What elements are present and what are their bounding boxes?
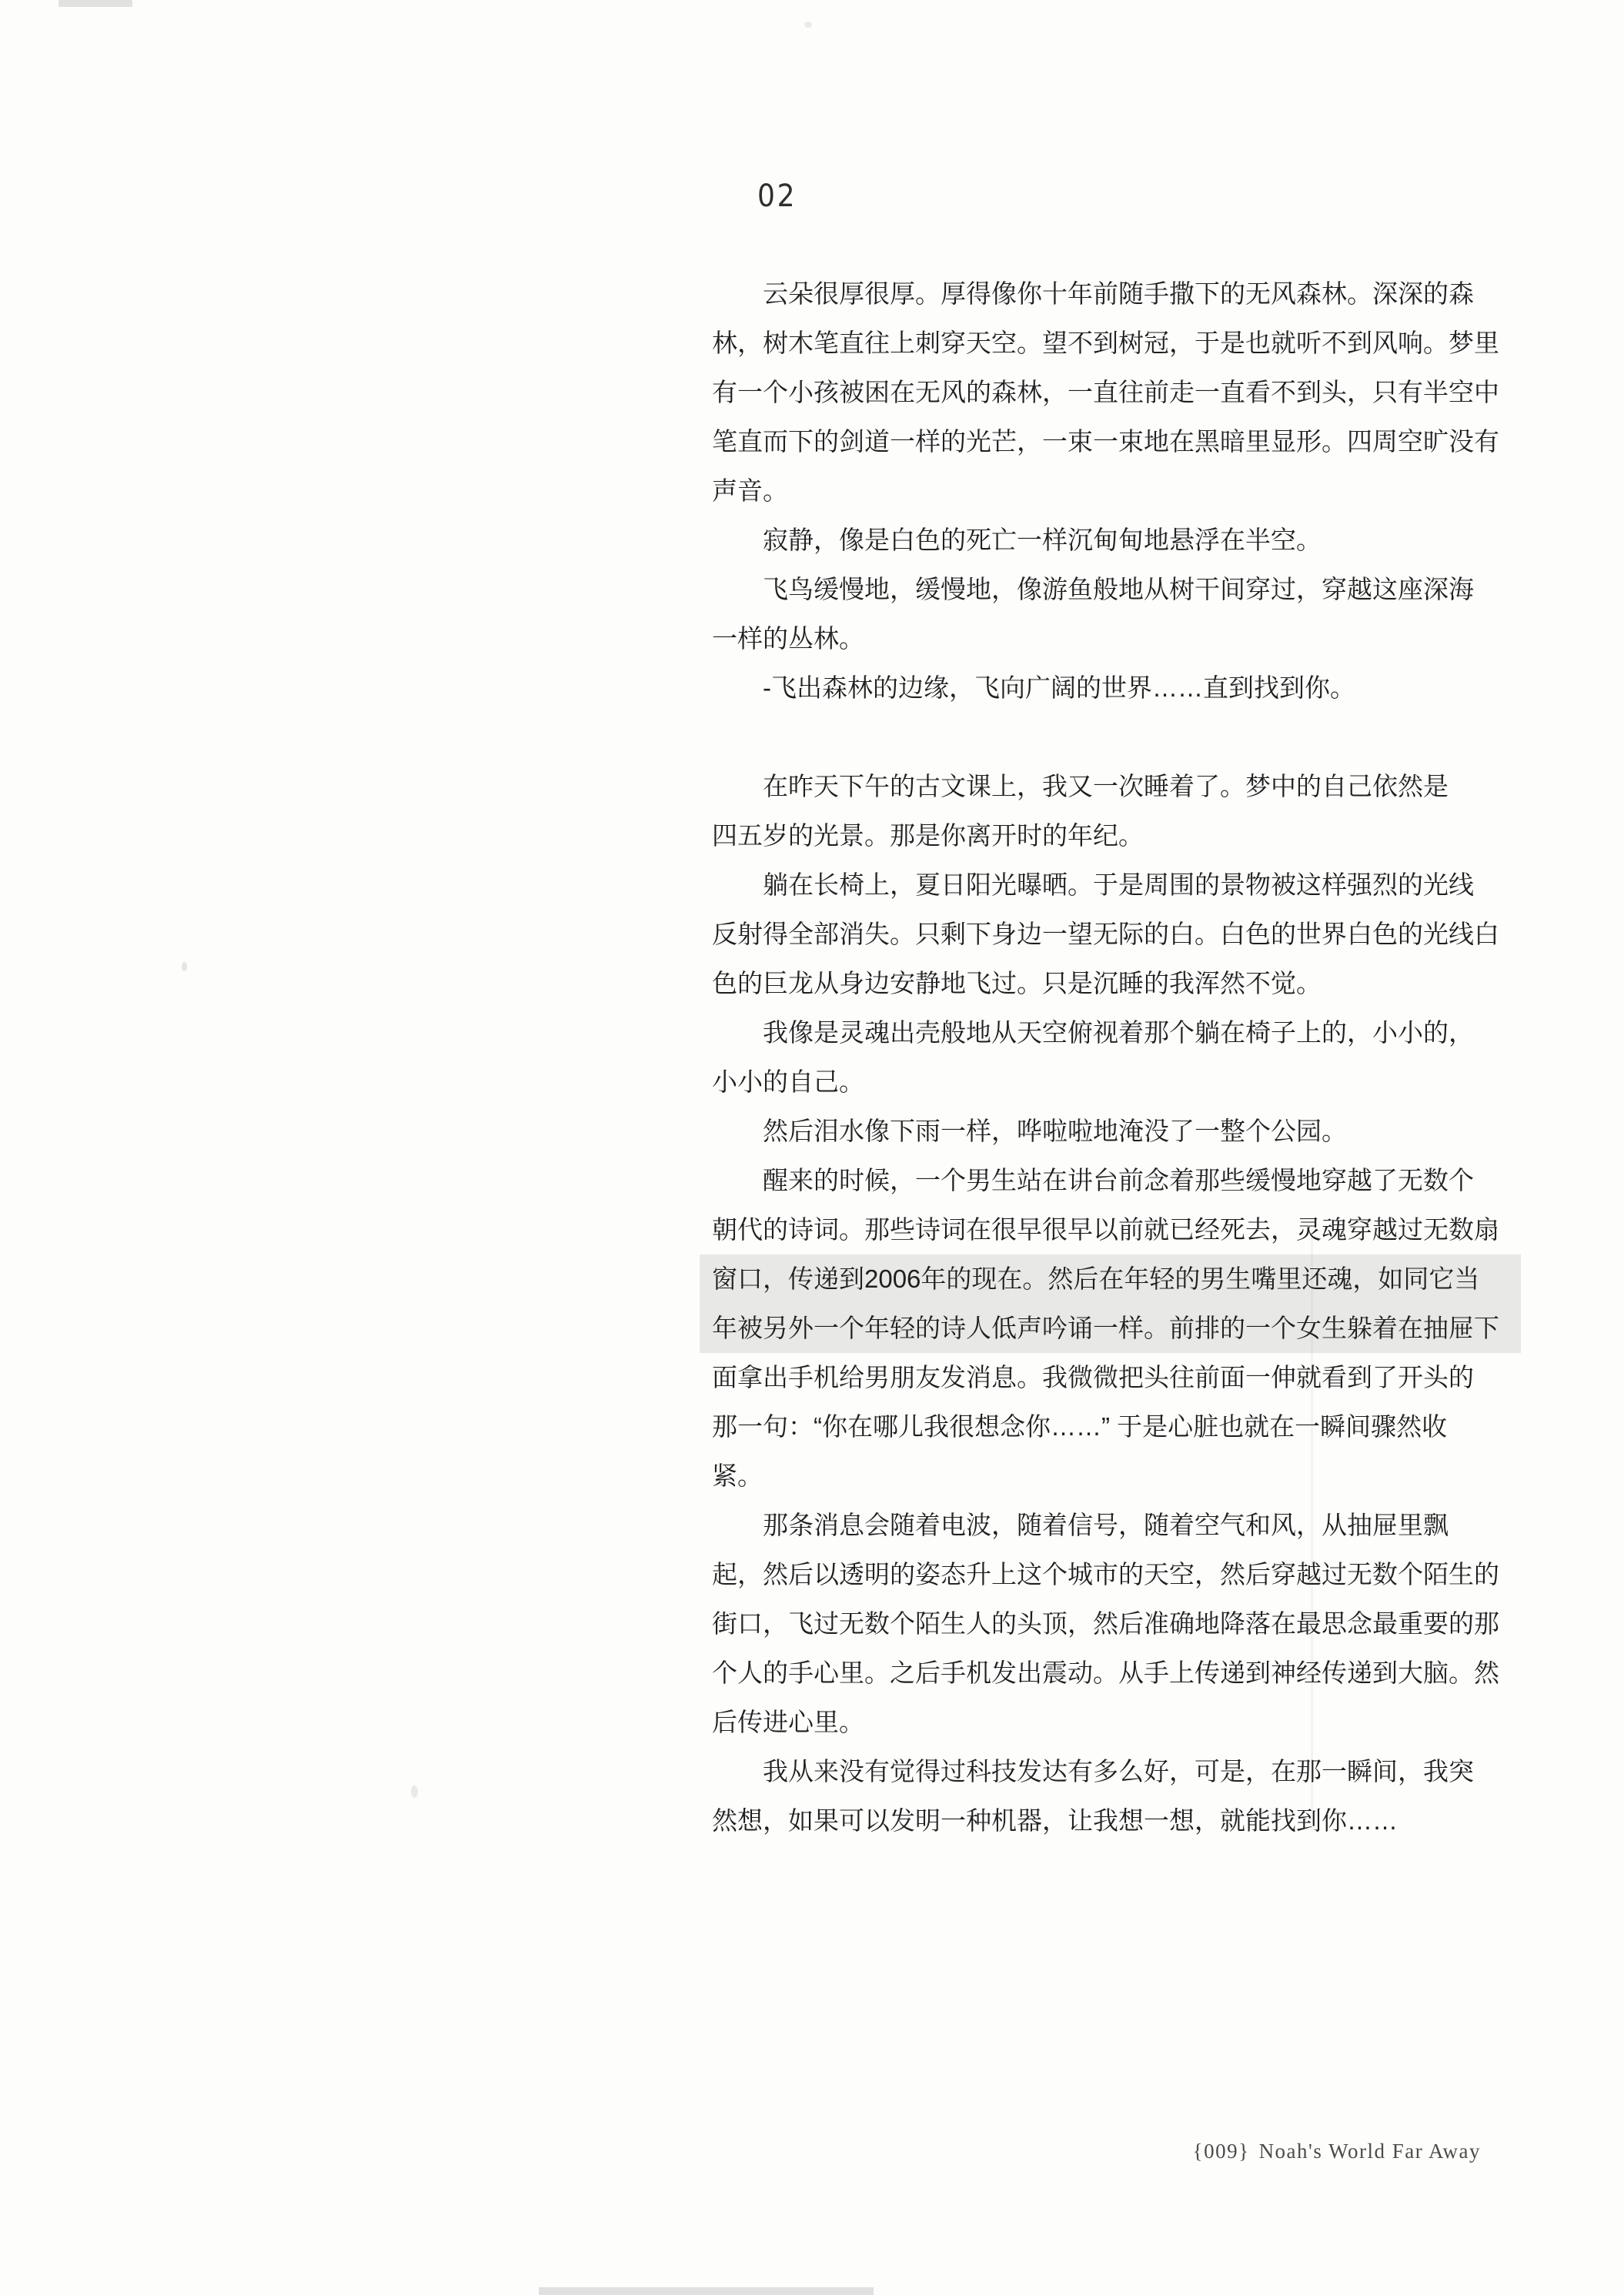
text-line: 云朵很厚很厚。厚得像你十年前随手撒下的无风森林。深深的森 bbox=[712, 269, 1516, 319]
text-line: 醒来的时候，一个男生站在讲台前念着那些缓慢地穿越了无数个 bbox=[712, 1156, 1516, 1205]
text-line: 飞鸟缓慢地，缓慢地，像游鱼般地从树干间穿过，穿越这座深海 bbox=[712, 565, 1516, 614]
text-line: 躺在长椅上，夏日阳光曝晒。于是周围的景物被这样强烈的光线 bbox=[712, 860, 1516, 910]
text-line: 反射得全部消失。只剩下身边一望无际的白。白色的世界白色的光线白 bbox=[712, 910, 1516, 959]
text-line: 四五岁的光景。那是你离开时的年纪。 bbox=[712, 811, 1516, 860]
text-line: 朝代的诗词。那些诗词在很早很早以前就已经死去，灵魂穿越过无数扇 bbox=[712, 1205, 1516, 1254]
footer: {009}Noah's World Far Away bbox=[1155, 2140, 1481, 2163]
text-line: 我从来没有觉得过科技发达有多么好，可是，在那一瞬间，我突 bbox=[712, 1747, 1516, 1796]
scan-artifact bbox=[539, 2287, 874, 2295]
text-line: 笔直而下的剑道一样的光芒，一束一束地在黑暗里显形。四周空旷没有 bbox=[712, 417, 1516, 466]
text-line: 紧。 bbox=[712, 1451, 1516, 1501]
text-line: 年被另外一个年轻的诗人低声吟诵一样。前排的一个女生躲着在抽屉下 bbox=[700, 1304, 1521, 1353]
text-line: 在昨天下午的古文课上，我又一次睡着了。梦中的自己依然是 bbox=[712, 762, 1516, 811]
text-line: 然想，如果可以发明一种机器，让我想一想，就能找到你…… bbox=[712, 1796, 1516, 1846]
scan-artifact bbox=[182, 962, 187, 971]
scan-artifact bbox=[804, 22, 812, 28]
footer-page-ref: {009} bbox=[1193, 2140, 1250, 2163]
text-line: 有一个小孩被困在无风的森林，一直往前走一直看不到头，只有半空中 bbox=[712, 368, 1516, 417]
text-line: 那条消息会随着电波，随着信号，随着空气和风，从抽屉里飘 bbox=[712, 1501, 1516, 1550]
text-line: 然后泪水像下雨一样，哗啦啦地淹没了一整个公园。 bbox=[712, 1107, 1516, 1156]
text-line: 后传进心里。 bbox=[712, 1698, 1516, 1747]
text-line: 我像是灵魂出壳般地从天空俯视着那个躺在椅子上的，小小的， bbox=[712, 1008, 1516, 1057]
scan-artifact bbox=[411, 1786, 418, 1798]
text-line: 寂静，像是白色的死亡一样沉甸甸地悬浮在半空。 bbox=[712, 516, 1516, 565]
footer-book-title: Noah's World Far Away bbox=[1259, 2140, 1481, 2163]
book-page: 02 云朵很厚很厚。厚得像你十年前随手撒下的无风森林。深深的森林，树木笔直往上刺… bbox=[0, 0, 1624, 2295]
text-line: 林，树木笔直往上刺穿天空。望不到树冠，于是也就听不到风响。梦里 bbox=[712, 319, 1516, 368]
text-line: 小小的自己。 bbox=[712, 1057, 1516, 1107]
text-line: 面拿出手机给男朋友发消息。我微微把头往前面一伸就看到了开头的 bbox=[712, 1353, 1516, 1402]
body-text: 云朵很厚很厚。厚得像你十年前随手撒下的无风森林。深深的森林，树木笔直往上刺穿天空… bbox=[712, 269, 1516, 1846]
text-line: 色的巨龙从身边安静地飞过。只是沉睡的我浑然不觉。 bbox=[712, 959, 1516, 1008]
page-number: 02 bbox=[757, 179, 797, 214]
text-line: 街口，飞过无数个陌生人的头顶，然后准确地降落在最思念最重要的那 bbox=[712, 1599, 1516, 1649]
text-line: 声音。 bbox=[712, 466, 1516, 516]
text-line: 个人的手心里。之后手机发出震动。从手上传递到神经传递到大脑。然 bbox=[712, 1649, 1516, 1698]
text-line: 窗口，传递到2006年的现在。然后在年轻的男生嘴里还魂，如同它当 bbox=[700, 1254, 1521, 1304]
scan-artifact bbox=[58, 0, 132, 7]
text-line: -飞出森林的边缘，飞向广阔的世界……直到找到你。 bbox=[712, 663, 1516, 713]
text-line: 那一句：“你在哪儿我很想念你……” 于是心脏也就在一瞬间骤然收 bbox=[712, 1402, 1516, 1451]
text-line: 一样的丛林。 bbox=[712, 614, 1516, 663]
text-line: 起，然后以透明的姿态升上这个城市的天空，然后穿越过无数个陌生的 bbox=[712, 1550, 1516, 1599]
